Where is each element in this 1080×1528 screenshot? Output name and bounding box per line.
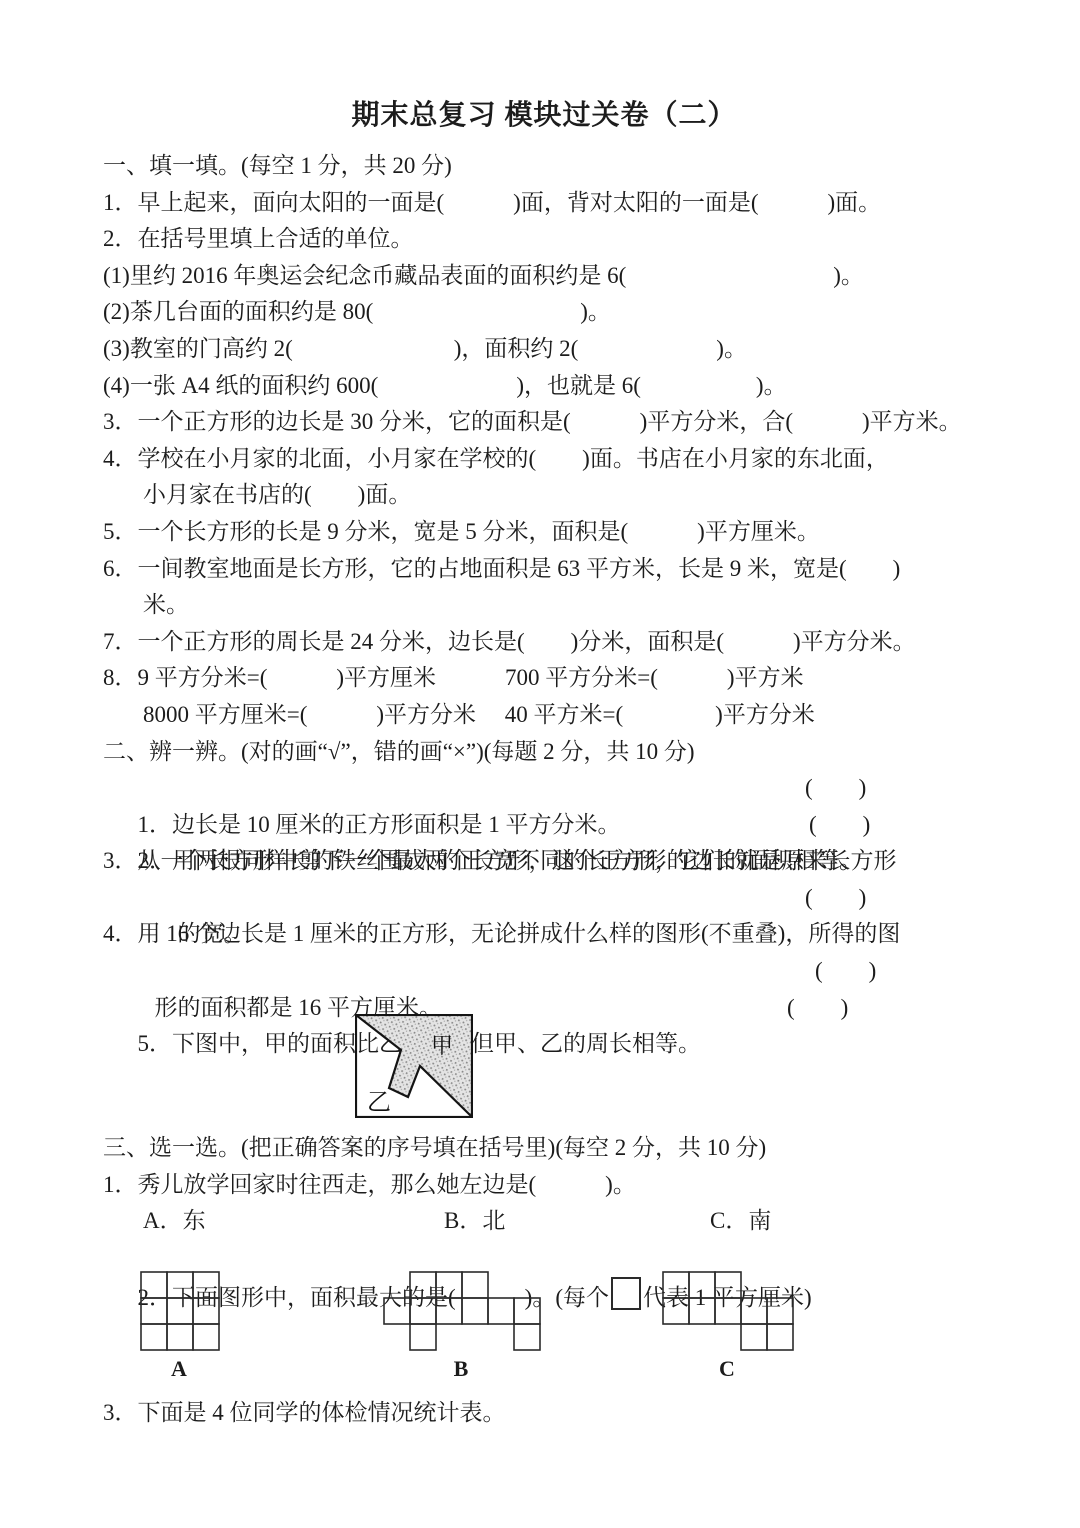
- grid-label-c: C: [662, 1355, 792, 1383]
- judge-q3: 3．从一个长方形中剪下一个最大的正方形，这个正方形的边长就是原来长方形: [103, 843, 985, 880]
- unit-cell: [436, 1298, 462, 1324]
- judge-q4: 4．用 16 个边长是 1 厘米的正方形，无论拼成什么样的图形(不重叠)，所得的…: [103, 916, 985, 953]
- unit-cell: [462, 1298, 488, 1324]
- fill-q2-3: (3)教室的门高约 2( )，面积约 2( )。: [103, 331, 985, 368]
- unit-cell: [663, 1272, 689, 1298]
- unit-cell: [767, 1298, 793, 1324]
- unit-cell: [410, 1272, 436, 1298]
- answer-bracket: ( ): [815, 953, 876, 990]
- unit-cell: [410, 1324, 436, 1350]
- choose-q3: 3．下面是 4 位同学的体检情况统计表。: [103, 1395, 985, 1432]
- unit-cell: [141, 1298, 167, 1324]
- answer-bracket: ( ): [805, 770, 866, 807]
- jia-yi-figure-row: 甲 乙: [355, 1014, 985, 1118]
- judge-q1: 1．边长是 10 厘米的正方形面积是 1 平方分米。 ( ): [103, 770, 985, 807]
- unit-cell: [767, 1324, 793, 1350]
- unit-cell: [141, 1272, 167, 1298]
- unit-cell: [193, 1324, 219, 1350]
- unit-cell: [193, 1272, 219, 1298]
- fill-q3: 3．一个正方形的边长是 30 分米，它的面积是( )平方分米，合( )平方米。: [103, 404, 985, 441]
- fill-q8: 8．9 平方分米=( )平方厘米 700 平方分米=( )平方米: [103, 660, 985, 697]
- unit-cell: [410, 1298, 436, 1324]
- fill-q4: 4．学校在小月家的北面，小月家在学校的( )面。书店在小月家的东北面，: [103, 441, 985, 478]
- judge-q3-cont: 的宽。 ( ): [103, 880, 985, 917]
- unit-cell: [715, 1272, 741, 1298]
- unit-cell: [689, 1298, 715, 1324]
- fill-q5: 5．一个长方形的长是 9 分米，宽是 5 分米，面积是( )平方厘米。: [103, 514, 985, 551]
- grid-figure-c: [662, 1271, 794, 1351]
- jia-label: 甲: [431, 1033, 453, 1058]
- grid-label-b: B: [383, 1355, 539, 1383]
- unit-cell: [141, 1324, 167, 1350]
- unit-cell: [384, 1298, 410, 1324]
- grid-label-a: A: [140, 1355, 218, 1383]
- yi-label: 乙: [367, 1090, 391, 1116]
- unit-cell: [193, 1298, 219, 1324]
- answer-bracket: ( ): [809, 807, 870, 844]
- unit-cell: [436, 1272, 462, 1298]
- fill-q2-4: (4)一张 A4 纸的面积约 600( )，也就是 6( )。: [103, 368, 985, 405]
- fill-q2: 2．在括号里填上合适的单位。: [103, 221, 985, 258]
- unit-cell: [167, 1324, 193, 1350]
- option-b: B．北: [444, 1203, 505, 1240]
- grid-figures-row: A B C: [103, 1271, 985, 1389]
- section-choose-header: 三、选一选。(把正确答案的序号填在括号里)(每空 2 分，共 10 分): [103, 1130, 985, 1167]
- choose-q1: 1．秀儿放学回家时往西走，那么她左边是( )。: [103, 1167, 985, 1204]
- fill-q4-cont: 小月家在书店的( )面。: [103, 477, 985, 514]
- unit-cell: [514, 1324, 540, 1350]
- unit-cell: [741, 1298, 767, 1324]
- unit-cell: [689, 1272, 715, 1298]
- fill-q6-cont: 米。: [103, 587, 985, 624]
- section-fill-header: 一、填一填。(每空 1 分，共 20 分): [103, 148, 985, 185]
- judge-q4-cont: 形的面积都是 16 平方厘米。 ( ): [103, 953, 985, 990]
- unit-cell: [663, 1298, 689, 1324]
- option-c: C．南: [710, 1203, 771, 1240]
- choose-q1-options: A．东 B．北 C．南: [103, 1203, 985, 1240]
- unit-cell: [715, 1298, 741, 1324]
- option-a: A．东: [143, 1203, 206, 1240]
- fill-q7: 7．一个正方形的周长是 24 分米，边长是( )分米，面积是( )平方分米。: [103, 624, 985, 661]
- fill-q2-1: (1)里约 2016 年奥运会纪念币藏品表面的面积约是 6( )。: [103, 258, 985, 295]
- unit-cell: [167, 1298, 193, 1324]
- fill-q6: 6．一间教室地面是长方形，它的占地面积是 63 平方米，长是 9 米，宽是( ): [103, 551, 985, 588]
- judge-q2: 2．用两根同样长的铁丝围成两个长宽不同的长方形，它们的面积相等。 ( ): [103, 807, 985, 844]
- unit-cell: [462, 1272, 488, 1298]
- page-content: 期末总复习 模块过关卷（二） 一、填一填。(每空 1 分，共 20 分) 1．早…: [103, 96, 985, 1431]
- unit-cell: [488, 1298, 514, 1324]
- grid-figure-a: [140, 1271, 220, 1351]
- unit-cell: [514, 1298, 540, 1324]
- section-judge-header: 二、辨一辨。(对的画“√”，错的画“×”)(每题 2 分，共 10 分): [103, 734, 985, 771]
- page-title: 期末总复习 模块过关卷（二）: [103, 96, 985, 136]
- answer-bracket: ( ): [805, 880, 866, 917]
- fill-q2-2: (2)茶几台面的面积约是 80( )。: [103, 294, 985, 331]
- exam-paper-page: 期末总复习 模块过关卷（二） 一、填一填。(每空 1 分，共 20 分) 1．早…: [0, 0, 1080, 1528]
- grid-figure-b: [383, 1271, 541, 1351]
- unit-cell: [741, 1324, 767, 1350]
- unit-cell: [167, 1272, 193, 1298]
- fill-q1: 1．早上起来，面向太阳的一面是( )面，背对太阳的一面是( )面。: [103, 185, 985, 222]
- fill-q8-cont: 8000 平方厘米=( )平方分米 40 平方米=( )平方分米: [103, 697, 985, 734]
- jia-yi-figure: 甲 乙: [355, 1014, 473, 1118]
